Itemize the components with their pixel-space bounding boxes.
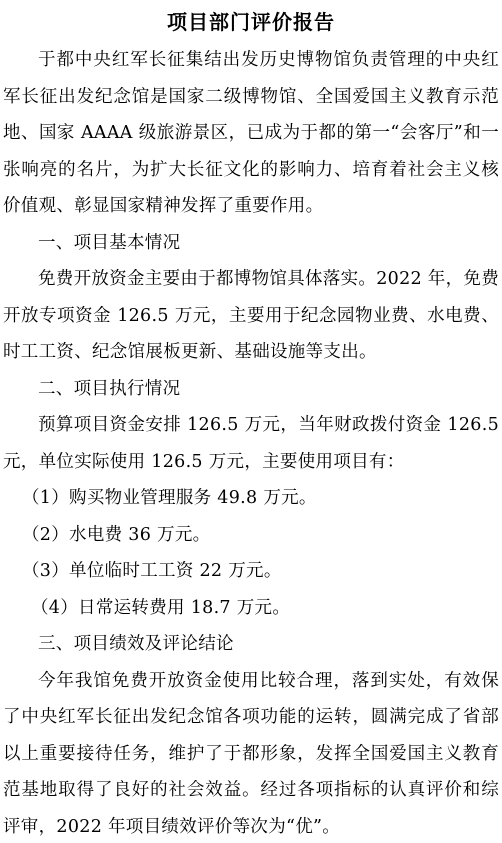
- paragraph-line: 预算项目资金安排 126.5 万元，当年财政拨付资金 126.5 万: [3, 407, 499, 444]
- document-title: 项目部门评价报告: [3, 2, 499, 42]
- paragraph-line: 以上重要接待任务，维护了于都形象，发挥全国爱国主义教育示: [3, 736, 499, 773]
- paragraph-line: 张响亮的名片，为扩大长征文化的影响力、培育着社会主义核心: [3, 152, 499, 189]
- list-item-utilities: （2）水电费 36 万元。: [3, 517, 499, 554]
- list-item-daily-operation: （4）日常运转费用 18.7 万元。: [3, 590, 499, 627]
- paragraph-line: 价值观、彰显国家精神发挥了重要作用。: [3, 188, 499, 225]
- paragraph-line: 时工工资、纪念馆展板更新、基础设施等支出。: [3, 334, 499, 371]
- paragraph-line: 了中央红军长征出发纪念馆各项功能的运转，圆满完成了省部级: [3, 699, 499, 736]
- paragraph-line: 今年我馆免费开放资金使用比较合理，落到实处，有效保障: [3, 663, 499, 700]
- paragraph-line: 军长征出发纪念馆是国家二级博物馆、全国爱国主义教育示范基: [3, 79, 499, 116]
- list-item-temp-wages: （3）单位临时工工资 22 万元。: [3, 553, 499, 590]
- paragraph-line: 免费开放资金主要由于都博物馆具体落实。2022 年，免费: [3, 261, 499, 298]
- list-item-property-service: （1）购买物业管理服务 49.8 万元。: [3, 480, 499, 517]
- section-heading-execution: 二、项目执行情况: [3, 371, 499, 408]
- section-heading-basic-info: 一、项目基本情况: [3, 225, 499, 262]
- paragraph-line: 评审，2022 年项目绩效评价等次为“优”。: [3, 809, 499, 843]
- paragraph-line: 范基地取得了良好的社会效益。经过各项指标的认真评价和综合: [3, 772, 499, 809]
- paragraph-line: 开放专项资金 126.5 万元，主要用于纪念园物业费、水电费、临: [3, 298, 499, 335]
- section-heading-performance-conclusion: 三、项目绩效及评论结论: [3, 626, 499, 663]
- paragraph-line: 地、国家 AAAA 级旅游景区，已成为于都的第一“会客厅”和一: [3, 115, 499, 152]
- document-page: 项目部门评价报告 于都中央红军长征集结出发历史博物馆负责管理的中央红 军长征出发…: [0, 0, 502, 843]
- paragraph-line: 于都中央红军长征集结出发历史博物馆负责管理的中央红: [3, 42, 499, 79]
- paragraph-line: 元，单位实际使用 126.5 万元，主要使用项目有：: [3, 444, 499, 481]
